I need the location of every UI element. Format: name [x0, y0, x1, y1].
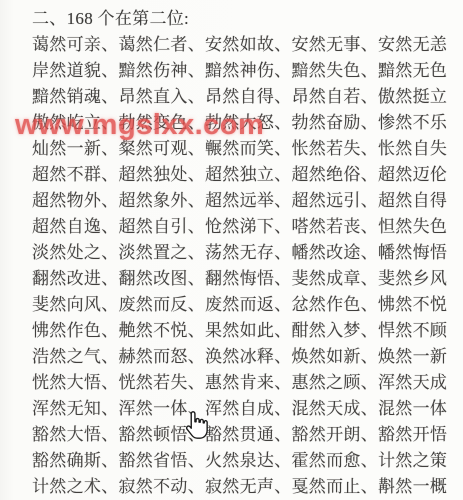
idiom-line: 浩然之气、赫然而怒、涣然冰释、焕然如新、焕然一新: [32, 344, 442, 370]
idiom-line: 黯然销魂、昂然直入、昂然自得、昂然自若、傲然挺立: [32, 84, 442, 110]
idiom-line: 斐然向风、废然而反、废然而返、忿然作色、怫然不悦: [32, 292, 442, 318]
idiom-line: 蔼然可亲、蔼然仁者、安然如故、安然无事、安然无恙: [32, 32, 442, 58]
section-heading: 二、168 个在第二位:: [32, 6, 442, 32]
idiom-line: 超然自逸、超然自引、怆然涕下、嗒然若丧、怛然失色: [32, 214, 442, 240]
idiom-line: 灿然一新、粲然可观、冁然而笑、怅然若失、怅然自失: [32, 136, 442, 162]
idiom-line: 淡然处之、淡然置之、荡然无存、幡然改途、幡然悔悟: [32, 240, 442, 266]
idiom-line: 计然之术、寂然不动、寂然无声、戛然而止、斠然一概: [32, 474, 442, 500]
idiom-line: 怫然作色、艴然不悦、果然如此、酣然入梦、悍然不顾: [32, 318, 442, 344]
document-page: 二、168 个在第二位: 蔼然可亲、蔼然仁者、安然如故、安然无事、安然无恙岸然道…: [0, 0, 463, 500]
idiom-line: 豁然确斯、豁然省悟、火然泉达、霍然而愈、计然之策: [32, 448, 442, 474]
idiom-line: 恍然大悟、恍然若失、惠然肯来、惠然之顾、浑然天成: [32, 370, 442, 396]
idiom-line: 超然不群、超然独处、超然独立、超然绝俗、超然迈伦: [32, 162, 442, 188]
idiom-line: 岸然道貌、黯然伤神、黯然神伤、黯然失色、黯然无色: [32, 58, 442, 84]
idiom-lines: 蔼然可亲、蔼然仁者、安然如故、安然无事、安然无恙岸然道貌、黯然伤神、黯然神伤、黯…: [32, 32, 442, 500]
document-body: 二、168 个在第二位: 蔼然可亲、蔼然仁者、安然如故、安然无事、安然无恙岸然道…: [32, 6, 442, 500]
idiom-line: 翻然改进、翻然改图、翻然悔悟、斐然成章、斐然乡风: [32, 266, 442, 292]
idiom-line: 超然物外、超然象外、超然远举、超然远引、超然自得: [32, 188, 442, 214]
idiom-line: 豁然大悟、豁然顿悟、豁然贯通、豁然开朗、豁然开悟: [32, 422, 442, 448]
idiom-line: 浑然无知、浑然一体、浑然自成、混然天成、混然一体: [32, 396, 442, 422]
idiom-line: 傲然屹立、勃然变色、勃然大怒、勃然奋励、惨然不乐: [32, 110, 442, 136]
